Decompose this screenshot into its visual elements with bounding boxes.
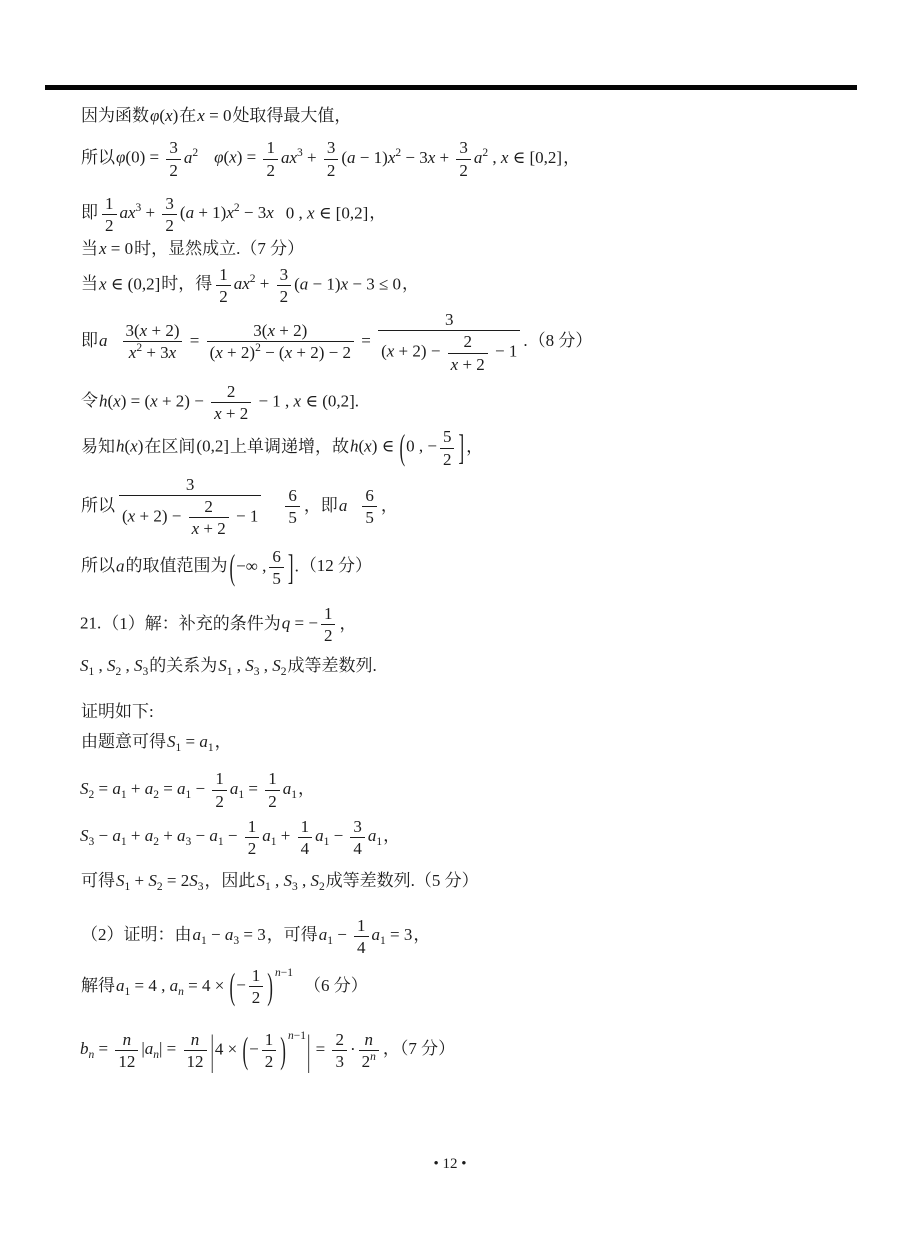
cjk-text: 解得 [81,976,115,995]
fraction: 12 [262,1029,277,1073]
cjk-text: ， [413,925,430,944]
math-line-13: 证明如下: [80,701,840,722]
fraction: 14 [354,915,369,959]
big-delimiter: ) [280,1027,286,1074]
fraction: 2x + 2 [448,331,488,375]
fraction: n2n [359,1029,379,1073]
fraction: 12 [216,264,231,308]
big-delimiter: ( [230,963,236,1010]
cjk-text: （8 分） [529,331,593,350]
cjk-text: 时，得 [161,274,212,293]
cjk-text: ， [402,274,419,293]
cjk-text: 时，显然成立.（7 分） [134,239,304,258]
cjk-text: 所以 [81,148,115,167]
big-delimiter: | [307,1024,310,1077]
math-line-19: 解得a1 = 4 , an = 4 × (−12)n−1（6 分） [80,965,840,1009]
cjk-text: 在 [179,106,196,125]
fraction: n12 [184,1029,207,1073]
cjk-text: 即 [81,331,98,350]
cjk-text: ，可得 [267,925,318,944]
math-line-18: （2）证明：由a1 − a3 = 3，可得a1 − 14a1 = 3， [80,915,840,959]
big-delimiter: ( [399,426,405,471]
cjk-text: 成等差数列. [288,656,377,675]
cjk-text: 当 [81,274,98,293]
fraction: 32 [456,137,471,181]
document-page: 因为函数φ(x)在x = 0处取得最大值，所以φ(0) = 32a2φ(x) =… [0,0,900,1246]
cjk-text: （1）解：补充的条件为 [102,614,281,633]
fraction: 32 [324,137,339,181]
math-line-9: 所以3(x + 2) − 2x + 2 − 165，即a65， [80,474,840,540]
math-line-7: 令h(x) = (x + 2) − 2x + 2 − 1 , x ∈ (0,2]… [80,381,840,425]
math-line-10: 所以a的取值范围为(−∞ ,65].（12 分） [80,546,840,590]
fraction: 32 [277,264,292,308]
fraction: n12 [115,1029,138,1073]
math-line-3: 即12ax3 + 32(a + 1)x2 − 3x0 , x ∈ [0,2]， [80,193,840,237]
math-line-15: S2 = a1 + a2 = a1 − 12a1 = 12a1， [80,768,840,812]
math-line-2: 所以φ(0) = 32a2φ(x) = 12ax3 + 32(a − 1)x2 … [80,137,840,181]
cjk-text: ， [298,779,315,798]
cjk-text: 可得 [81,871,115,890]
cjk-text: 因为函数 [81,106,149,125]
fraction: 3(x + 2)x2 + 3x [123,320,183,364]
cjk-text: 的取值范围为 [126,556,228,575]
cjk-text: 即 [81,203,98,222]
math-line-6: 即a3(x + 2)x2 + 3x = 3(x + 2)(x + 2)2 − (… [80,309,840,375]
fraction: 23 [332,1029,347,1073]
cjk-text: 所以 [81,556,115,575]
fraction: 3(x + 2) − 2x + 2 − 1 [378,309,520,375]
cjk-text: 在区间 [144,437,195,456]
fraction: 12 [263,137,278,181]
math-line-17: 可得S1 + S2 = 2S3，因此S1 , S3 , S2成等差数列.（5 分… [80,870,840,891]
fraction: 2x + 2 [189,496,229,540]
fraction: 14 [298,816,313,860]
page-number: • 12 • [0,1156,900,1173]
big-delimiter: ( [243,1027,249,1074]
header-rule [45,85,857,90]
cjk-text: 易知 [81,437,115,456]
fraction: 34 [350,816,365,860]
math-line-8: 易知h(x)在区间(0,2]上单调递增，故h(x) ∈ (0 , −52]， [80,426,840,470]
big-delimiter: ( [230,545,236,590]
cjk-text: （2）证明：由 [81,925,192,944]
fraction: 12 [249,965,264,1009]
big-delimiter: ] [458,426,464,471]
math-line-12: S1 , S2 , S3的关系为S1 , S3 , S2成等差数列. [80,655,840,676]
cjk-text: ， [466,437,483,456]
cjk-text: ， [563,148,580,167]
cjk-text: 所以 [81,496,115,515]
fraction: 65 [362,485,377,529]
cjk-text: 证明如下: [81,702,154,721]
math-line-5: 当x ∈ (0,2]时，得12ax2 + 32(a − 1)x − 3 ≤ 0， [80,264,840,308]
fraction: 12 [265,768,280,812]
cjk-text: ， [381,496,398,515]
big-delimiter: ) [267,963,273,1010]
big-delimiter: ] [288,545,294,590]
fraction: 3(x + 2)(x + 2)2 − (x + 2) − 2 [207,320,354,364]
cjk-text: ， [339,614,356,633]
math-line-11: 21.（1）解：补充的条件为q = −12， [80,603,840,647]
cjk-text: 成等差数列.（5 分） [326,871,479,890]
math-line-20: bn = n12|an| = n12|4 × (−12)n−1| = 23·n2… [80,1029,840,1073]
fraction: 65 [285,485,300,529]
cjk-text: ， [369,203,386,222]
big-delimiter: | [211,1024,214,1077]
cjk-text: 上单调递增，故 [230,437,349,456]
fraction: 3(x + 2) − 2x + 2 − 1 [119,474,261,540]
exponent: n−1 [288,1030,306,1042]
fraction: 12 [245,816,260,860]
cjk-text: 的关系为 [149,656,217,675]
fraction: 12 [212,768,227,812]
cjk-text: 由题意可得 [81,732,166,751]
math-line-4: 当x = 0时，显然成立.（7 分） [80,238,840,259]
cjk-text: （6 分） [304,976,368,995]
fraction: 65 [269,546,284,590]
cjk-text: （12 分） [300,556,372,575]
fraction: 32 [166,137,181,181]
cjk-text: 处取得最大值， [232,106,351,125]
cjk-text: 令 [81,391,98,410]
cjk-text: ，即 [304,496,338,515]
exponent: n−1 [275,967,293,979]
cjk-text: ， [215,732,232,751]
fraction: 32 [162,193,177,237]
math-line-16: S3 − a1 + a2 + a3 − a1 − 12a1 + 14a1 − 3… [80,816,840,860]
cjk-text: ， [383,826,400,845]
cjk-text: ，因此 [204,871,255,890]
math-line-14: 由题意可得S1 = a1， [80,731,840,752]
cjk-text: 当 [81,239,98,258]
cjk-text: ，（7 分） [383,1039,455,1058]
fraction: 12 [102,193,117,237]
fraction: 12 [321,603,336,647]
fraction: 2x + 2 [211,381,251,425]
fraction: 52 [440,426,455,470]
math-line-1: 因为函数φ(x)在x = 0处取得最大值， [80,105,840,126]
solution-text-body: 因为函数φ(x)在x = 0处取得最大值，所以φ(0) = 32a2φ(x) =… [80,100,840,1072]
